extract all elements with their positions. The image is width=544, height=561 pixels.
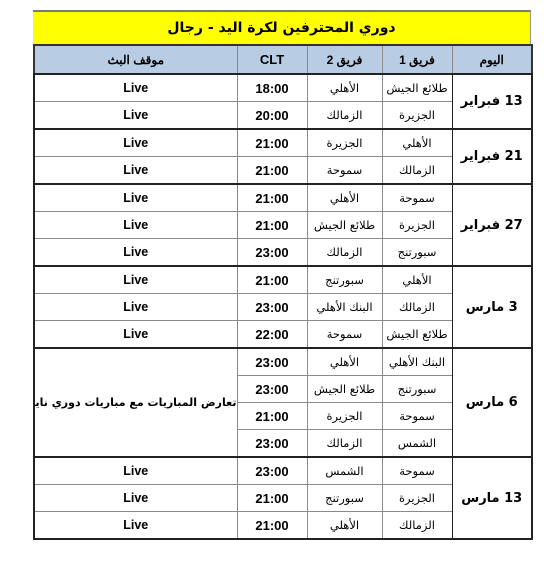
status-cell: Live [34, 294, 237, 321]
time-cell: 21:00 [237, 212, 307, 239]
status-cell: Live [34, 129, 237, 157]
team2-cell: طلائع الجيش [307, 212, 382, 239]
time-cell: 21:00 [237, 512, 307, 540]
table-row: 27 فبراير سموحة الأهلي 21:00 Live [34, 184, 532, 212]
column-header-team2: فريق 2 [307, 45, 382, 74]
team2-cell: سبورتنج [307, 485, 382, 512]
team2-cell: سموحة [307, 321, 382, 349]
team2-cell: الشمس [307, 457, 382, 485]
time-cell: 23:00 [237, 376, 307, 403]
team1-cell: الأهلي [382, 266, 452, 294]
team1-cell: سبورتنج [382, 239, 452, 267]
team1-cell: سموحة [382, 457, 452, 485]
status-cell: Live [34, 512, 237, 540]
table-row: 6 مارس البنك الأهلي الأهلي 23:00 تعارض ا… [34, 348, 532, 376]
team2-cell: طلائع الجيش [307, 376, 382, 403]
column-header-status: موقف البث [34, 45, 237, 74]
time-cell: 23:00 [237, 239, 307, 267]
team1-cell: سموحة [382, 403, 452, 430]
schedule-sheet: دوري المحترفين لكرة اليد - رجال اليوم فر… [33, 10, 531, 540]
day-cell: 3 مارس [452, 266, 532, 348]
team1-cell: طلائع الجيش [382, 321, 452, 349]
time-cell: 21:00 [237, 184, 307, 212]
table-row: 13 فبراير طلائع الجيش الأهلي 18:00 Live [34, 74, 532, 102]
status-cell: Live [34, 157, 237, 185]
team1-cell: طلائع الجيش [382, 74, 452, 102]
team2-cell: الأهلي [307, 512, 382, 540]
time-cell: 22:00 [237, 321, 307, 349]
status-cell: Live [34, 102, 237, 130]
table-row: 13 مارس سموحة الشمس 23:00 Live [34, 457, 532, 485]
status-cell: Live [34, 239, 237, 267]
status-cell: Live [34, 212, 237, 239]
team1-cell: الزمالك [382, 512, 452, 540]
time-cell: 23:00 [237, 348, 307, 376]
day-cell: 6 مارس [452, 348, 532, 457]
team2-cell: البنك الأهلي [307, 294, 382, 321]
table-row: 3 مارس الأهلي سبورتنج 21:00 Live [34, 266, 532, 294]
team1-cell: الزمالك [382, 157, 452, 185]
team1-cell: الجزيرة [382, 212, 452, 239]
status-cell: Live [34, 457, 237, 485]
day-cell: 13 فبراير [452, 74, 532, 129]
day-cell: 21 فبراير [452, 129, 532, 184]
day-cell: 13 مارس [452, 457, 532, 539]
team2-cell: الأهلي [307, 184, 382, 212]
column-header-clt: CLT [237, 45, 307, 74]
day-cell: 27 فبراير [452, 184, 532, 266]
team1-cell: البنك الأهلي [382, 348, 452, 376]
team1-cell: الزمالك [382, 294, 452, 321]
status-cell: Live [34, 485, 237, 512]
team2-cell: سموحة [307, 157, 382, 185]
table-row: 21 فبراير الأهلي الجزيرة 21:00 Live [34, 129, 532, 157]
team1-cell: الجزيرة [382, 102, 452, 130]
status-note-cell: تعارض المباريات مع مباريات دوري نايل [34, 348, 237, 457]
time-cell: 20:00 [237, 102, 307, 130]
team1-cell: الجزيرة [382, 485, 452, 512]
match-schedule-table: اليوم فريق 1 فريق 2 CLT موقف البث 13 فبر… [33, 44, 533, 540]
time-cell: 23:00 [237, 294, 307, 321]
team2-cell: الجزيرة [307, 129, 382, 157]
column-header-team1: فريق 1 [382, 45, 452, 74]
team2-cell: الزمالك [307, 239, 382, 267]
time-cell: 18:00 [237, 74, 307, 102]
time-cell: 21:00 [237, 157, 307, 185]
sheet-title: دوري المحترفين لكرة اليد - رجال [33, 10, 531, 44]
time-cell: 21:00 [237, 266, 307, 294]
team1-cell: سبورتنج [382, 376, 452, 403]
time-cell: 21:00 [237, 129, 307, 157]
header-row: اليوم فريق 1 فريق 2 CLT موقف البث [34, 45, 532, 74]
team1-cell: الشمس [382, 430, 452, 458]
team1-cell: الأهلي [382, 129, 452, 157]
status-cell: Live [34, 74, 237, 102]
team2-cell: سبورتنج [307, 266, 382, 294]
status-cell: Live [34, 184, 237, 212]
time-cell: 21:00 [237, 485, 307, 512]
status-cell: Live [34, 321, 237, 349]
time-cell: 21:00 [237, 403, 307, 430]
team2-cell: الزمالك [307, 430, 382, 458]
team2-cell: الأهلي [307, 348, 382, 376]
time-cell: 23:00 [237, 457, 307, 485]
time-cell: 23:00 [237, 430, 307, 458]
team2-cell: الأهلي [307, 74, 382, 102]
column-header-day: اليوم [452, 45, 532, 74]
team1-cell: سموحة [382, 184, 452, 212]
team2-cell: الزمالك [307, 102, 382, 130]
status-cell: Live [34, 266, 237, 294]
team2-cell: الجزيرة [307, 403, 382, 430]
